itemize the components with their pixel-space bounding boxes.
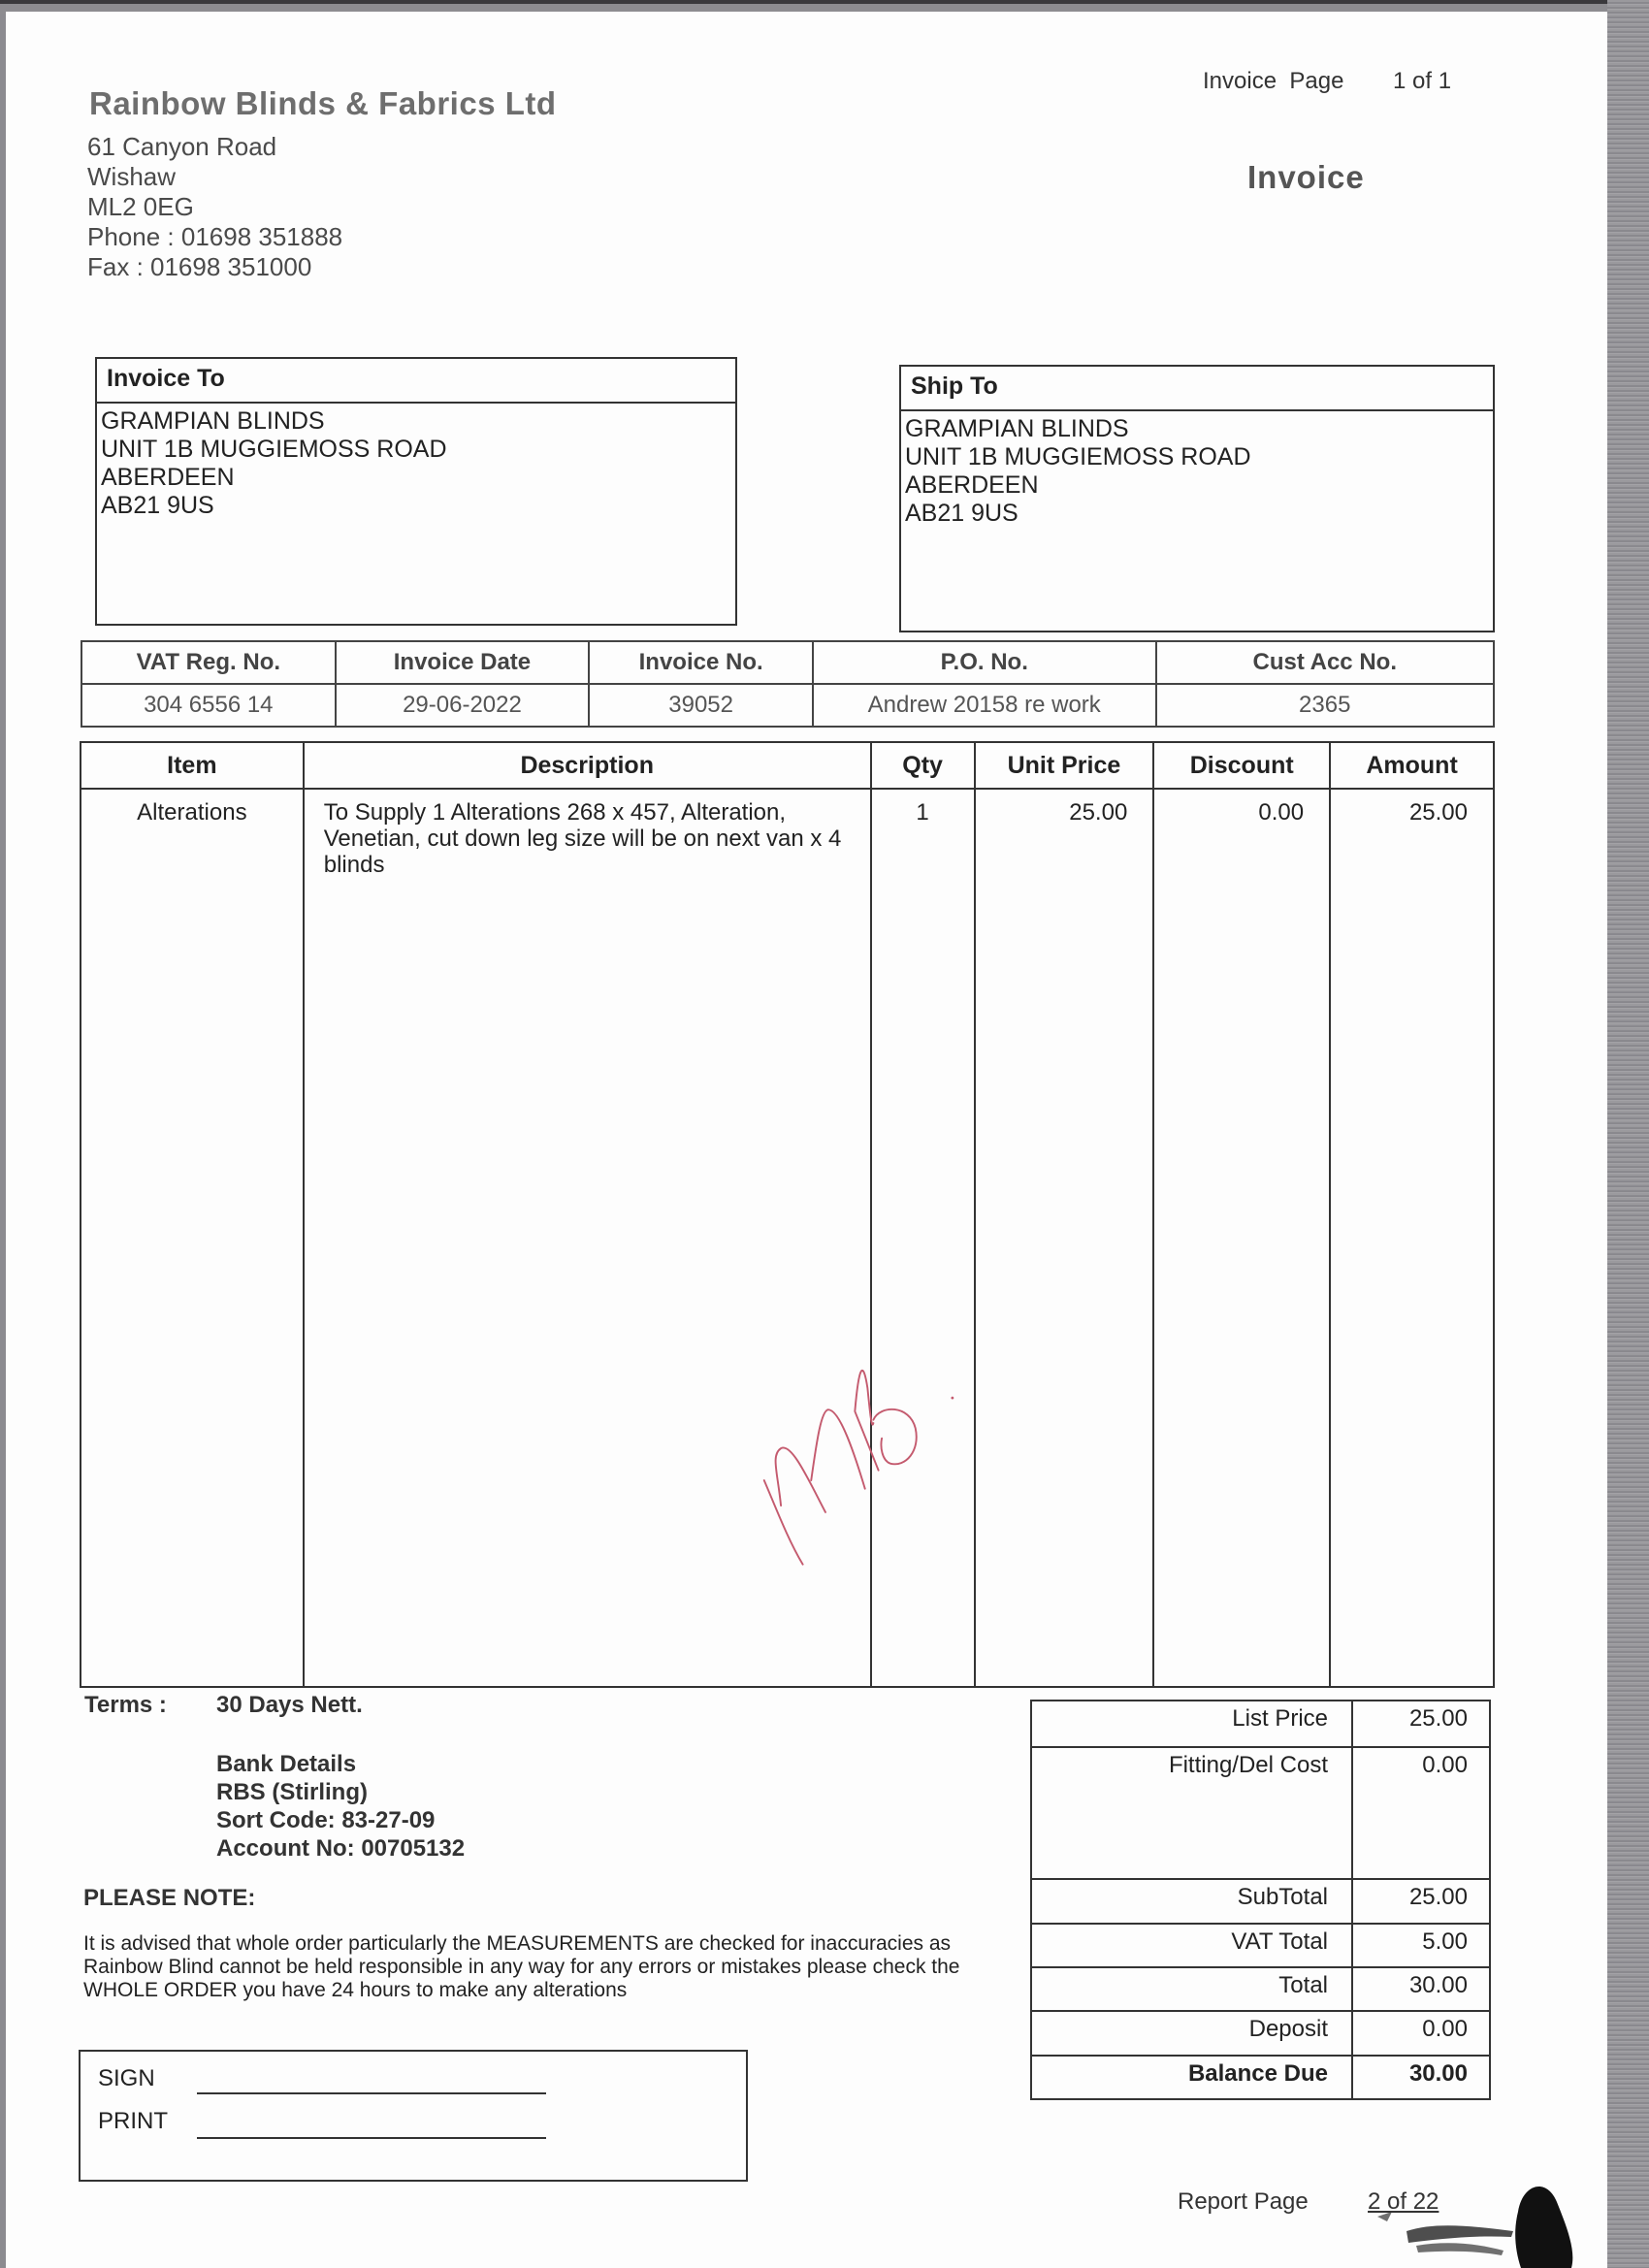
- bank-heading: Bank Details: [216, 1750, 465, 1778]
- total-value: 30.00: [1352, 1967, 1490, 2011]
- item-header: Item: [81, 742, 304, 789]
- terms-label: Terms :: [84, 1692, 167, 1719]
- qty-cell: 1: [871, 789, 975, 1687]
- address-line: GRAMPIAN BLINDS: [101, 407, 735, 436]
- totals-row-deposit: Deposit 0.00: [1031, 2011, 1490, 2056]
- invoice-date-header: Invoice Date: [336, 641, 590, 684]
- bank-details: Bank Details RBS (Stirling) Sort Code: 8…: [216, 1750, 465, 1863]
- item-cell: Alterations: [81, 789, 304, 1687]
- note-text: It is advised that whole order particula…: [83, 1932, 1015, 2002]
- fitting-label: Fitting/Del Cost: [1031, 1747, 1352, 1879]
- ship-to-box: Ship To GRAMPIAN BLINDS UNIT 1B MUGGIEMO…: [899, 365, 1495, 632]
- invoice-to-heading: Invoice To: [97, 359, 735, 404]
- ship-to-heading: Ship To: [901, 367, 1493, 411]
- sign-line[interactable]: [197, 2092, 546, 2094]
- totals-row-fitting: Fitting/Del Cost 0.00: [1031, 1747, 1490, 1879]
- company-address-line: ML2 0EG: [87, 192, 194, 222]
- reference-value-row: 304 6556 14 29-06-2022 39052 Andrew 2015…: [81, 684, 1494, 727]
- qty-header: Qty: [871, 742, 975, 789]
- company-address-line: Wishaw: [87, 162, 176, 192]
- invoice-no-header: Invoice No.: [589, 641, 813, 684]
- totals-row-subtotal: SubTotal 25.00: [1031, 1879, 1490, 1924]
- totals-table: List Price 25.00 Fitting/Del Cost 0.00 S…: [1030, 1700, 1491, 2100]
- cust-acc-header: Cust Acc No.: [1156, 641, 1495, 684]
- vat-reg-header: VAT Reg. No.: [81, 641, 336, 684]
- invoice-no-value: 39052: [589, 684, 813, 727]
- description-cell: To Supply 1 Alterations 268 x 457, Alter…: [304, 789, 871, 1687]
- bank-account: Account No: 00705132: [216, 1834, 465, 1863]
- items-header-row: Item Description Qty Unit Price Discount…: [81, 742, 1494, 789]
- balance-due-label: Balance Due: [1031, 2056, 1352, 2099]
- scanner-border-right: [1607, 0, 1649, 2268]
- list-price-value: 25.00: [1352, 1701, 1490, 1747]
- address-line: UNIT 1B MUGGIEMOSS ROAD: [101, 436, 735, 464]
- invoice-page-number: 1 of 1: [1393, 68, 1451, 95]
- totals-row-vat: VAT Total 5.00: [1031, 1924, 1490, 1967]
- unit-price-header: Unit Price: [975, 742, 1154, 789]
- po-no-value: Andrew 20158 re work: [813, 684, 1156, 727]
- bank-sort-code: Sort Code: 83-27-09: [216, 1806, 465, 1834]
- invoice-date-value: 29-06-2022: [336, 684, 590, 727]
- totals-row-list-price: List Price 25.00: [1031, 1701, 1490, 1747]
- deposit-value: 0.00: [1352, 2011, 1490, 2056]
- company-address-line: 61 Canyon Road: [87, 132, 276, 162]
- subtotal-value: 25.00: [1352, 1879, 1490, 1924]
- address-line: AB21 9US: [101, 492, 735, 520]
- ship-to-address: GRAMPIAN BLINDS UNIT 1B MUGGIEMOSS ROAD …: [901, 411, 1493, 528]
- report-page-label: Report Page: [1178, 2188, 1309, 2216]
- company-fax: Fax : 01698 351000: [87, 252, 311, 282]
- vat-total-value: 5.00: [1352, 1924, 1490, 1967]
- vat-reg-value: 304 6556 14: [81, 684, 336, 727]
- sign-box: SIGN PRINT: [79, 2050, 748, 2182]
- address-line: ABERDEEN: [101, 464, 735, 492]
- address-line: UNIT 1B MUGGIEMOSS ROAD: [905, 443, 1493, 471]
- address-line: ABERDEEN: [905, 471, 1493, 500]
- list-price-label: List Price: [1031, 1701, 1352, 1747]
- subtotal-label: SubTotal: [1031, 1879, 1352, 1924]
- line-items-table: Item Description Qty Unit Price Discount…: [80, 741, 1495, 1688]
- reference-header-row: VAT Reg. No. Invoice Date Invoice No. P.…: [81, 641, 1494, 684]
- balance-due-value: 30.00: [1352, 2056, 1490, 2099]
- cust-acc-value: 2365: [1156, 684, 1495, 727]
- company-phone: Phone : 01698 351888: [87, 222, 342, 252]
- company-name: Rainbow Blinds & Fabrics Ltd: [89, 85, 557, 122]
- vat-total-label: VAT Total: [1031, 1924, 1352, 1967]
- deposit-label: Deposit: [1031, 2011, 1352, 2056]
- invoice-to-address: GRAMPIAN BLINDS UNIT 1B MUGGIEMOSS ROAD …: [97, 404, 735, 520]
- address-line: GRAMPIAN BLINDS: [905, 415, 1493, 443]
- totals-row-total: Total 30.00: [1031, 1967, 1490, 2011]
- report-page-number: 2 of 22: [1368, 2188, 1439, 2216]
- address-line: AB21 9US: [905, 500, 1493, 528]
- totals-row-balance: Balance Due 30.00: [1031, 2056, 1490, 2099]
- unit-price-cell: 25.00: [975, 789, 1154, 1687]
- description-header: Description: [304, 742, 871, 789]
- terms-value: 30 Days Nett.: [216, 1692, 363, 1719]
- po-no-header: P.O. No.: [813, 641, 1156, 684]
- amount-cell: 25.00: [1330, 789, 1494, 1687]
- amount-header: Amount: [1330, 742, 1494, 789]
- discount-cell: 0.00: [1153, 789, 1330, 1687]
- reference-table: VAT Reg. No. Invoice Date Invoice No. P.…: [81, 640, 1495, 728]
- discount-header: Discount: [1153, 742, 1330, 789]
- invoice-page-label: Invoice Page: [1203, 68, 1343, 95]
- print-line[interactable]: [197, 2137, 546, 2139]
- table-row: Alterations To Supply 1 Alterations 268 …: [81, 789, 1494, 1687]
- sign-label: SIGN: [98, 2065, 155, 2092]
- bank-name: RBS (Stirling): [216, 1778, 465, 1806]
- total-label: Total: [1031, 1967, 1352, 2011]
- document-title: Invoice: [1247, 159, 1365, 196]
- note-title: PLEASE NOTE:: [83, 1885, 255, 1912]
- print-label: PRINT: [98, 2108, 168, 2135]
- invoice-to-box: Invoice To GRAMPIAN BLINDS UNIT 1B MUGGI…: [95, 357, 737, 626]
- fitting-value: 0.00: [1352, 1747, 1490, 1879]
